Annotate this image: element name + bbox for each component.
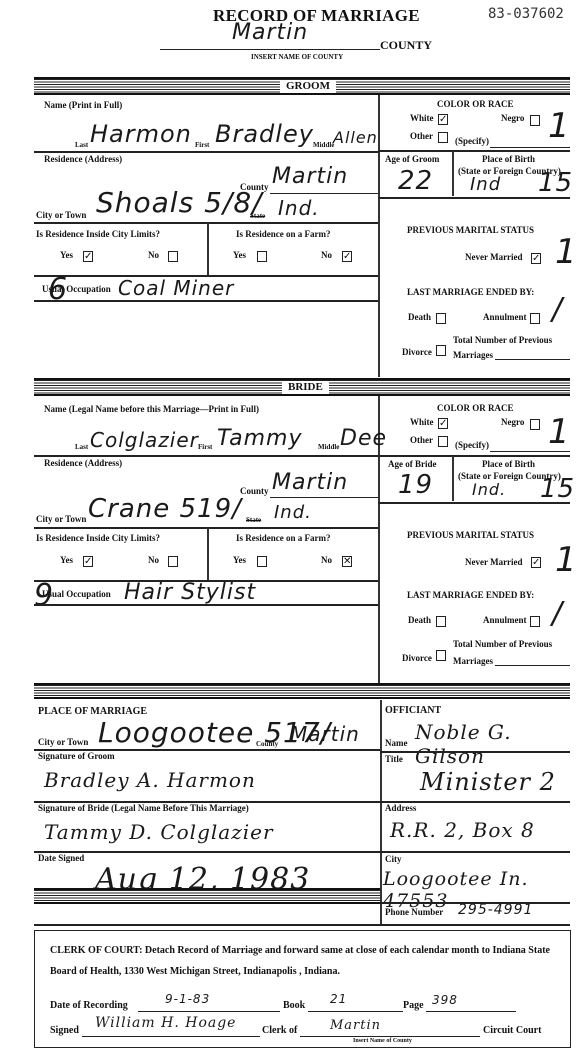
clerk-county[interactable]: Martin (330, 1018, 381, 1033)
groom-first-name[interactable]: Bradley (215, 120, 314, 148)
bride-last-name[interactable]: Colglazier (90, 428, 199, 452)
bride-state[interactable]: Ind. (274, 502, 312, 523)
bride-negro-checkbox[interactable] (530, 419, 540, 430)
groom-county[interactable]: Martin (272, 164, 348, 189)
groom-name-label: Name (Print in Full) (44, 100, 122, 110)
groom-farm-no-checkbox[interactable]: ✓ (342, 251, 352, 262)
place-county[interactable]: Martin (290, 722, 360, 746)
bride-occupation-code: 9 (34, 578, 54, 613)
bride-city-limits-no-checkbox[interactable] (168, 556, 178, 567)
officiant-name[interactable]: Noble G. Gilson (415, 720, 587, 768)
groom-state[interactable]: Ind. (278, 196, 320, 220)
officiant-phone[interactable]: 295-4991 (458, 902, 533, 918)
bride-annulment-checkbox[interactable] (530, 616, 540, 627)
groom-age[interactable]: 22 (398, 166, 433, 196)
bride-birthplace[interactable]: Ind. (472, 480, 506, 499)
groom-city[interactable]: Shoals 5/8/ (96, 186, 263, 219)
bride-death-checkbox[interactable] (436, 616, 446, 627)
book-number[interactable]: 21 (330, 992, 347, 1006)
clerk-signature[interactable]: William H. Hoage (95, 1015, 236, 1031)
groom-birthplace-code: 15 (538, 168, 573, 198)
groom-marital-code: 1 (555, 232, 578, 272)
bride-farm-no-checkbox[interactable]: ✕ (342, 556, 352, 567)
bride-ended-code: / (552, 596, 563, 631)
bride-occupation[interactable]: Hair Stylist (124, 580, 256, 605)
bride-section-label: BRIDE (282, 381, 329, 394)
bride-signature[interactable]: Tammy D. Colglazier (44, 820, 274, 844)
bride-other-checkbox[interactable] (438, 436, 448, 447)
groom-negro-checkbox[interactable] (530, 115, 540, 126)
groom-middle-name[interactable]: Allen (333, 128, 378, 147)
record-number: 83-037602 (488, 6, 564, 22)
bride-middle-name[interactable]: Dee (340, 426, 387, 451)
groom-divorce-checkbox[interactable] (436, 345, 446, 356)
groom-signature[interactable]: Bradley A. Harmon (44, 768, 256, 792)
groom-section-label: GROOM (280, 80, 336, 93)
groom-occupation[interactable]: Coal Miner (118, 276, 234, 300)
groom-last-name[interactable]: Harmon (90, 120, 192, 148)
bride-county[interactable]: Martin (272, 470, 348, 495)
county-value[interactable]: Martin (232, 20, 308, 45)
bride-never-married-checkbox[interactable]: ✓ (531, 557, 541, 568)
groom-farm-yes-checkbox[interactable] (257, 251, 267, 262)
bride-section-band: BRIDE (34, 378, 570, 396)
groom-annulment-checkbox[interactable] (530, 313, 540, 324)
bride-birthplace-code: 15 (540, 474, 575, 504)
groom-birthplace[interactable]: Ind (470, 174, 501, 195)
groom-ended-code: / (552, 292, 563, 327)
groom-section-band: GROOM (34, 77, 570, 95)
groom-other-checkbox[interactable] (438, 132, 448, 143)
bride-white-checkbox[interactable]: ✓ (438, 418, 448, 429)
place-section-band (34, 683, 570, 699)
bride-age[interactable]: 19 (398, 470, 433, 500)
groom-white-checkbox[interactable]: ✓ (438, 114, 448, 125)
groom-race-code: 1 (548, 106, 571, 146)
bride-first-name[interactable]: Tammy (217, 426, 303, 451)
bride-city[interactable]: Crane 519/ (88, 494, 242, 524)
page-number[interactable]: 398 (432, 993, 458, 1007)
bride-race-code: 1 (548, 412, 571, 452)
groom-death-checkbox[interactable] (436, 313, 446, 324)
bride-farm-yes-checkbox[interactable] (257, 556, 267, 567)
bride-marital-code: 1 (555, 540, 578, 580)
officiant-address[interactable]: R.R. 2, Box 8 (390, 818, 535, 842)
officiant-title[interactable]: Minister 2 (420, 768, 556, 796)
county-label: COUNTY (380, 38, 432, 53)
recording-date[interactable]: 9-1-83 (165, 992, 210, 1006)
bride-city-limits-yes-checkbox[interactable]: ✓ (83, 556, 93, 567)
bride-divorce-checkbox[interactable] (436, 650, 446, 661)
county-hint: INSERT NAME OF COUNTY (251, 53, 343, 61)
groom-never-married-checkbox[interactable]: ✓ (531, 253, 541, 264)
clerk-instructions: CLERK OF COURT: Detach Record of Marriag… (50, 940, 555, 982)
groom-city-limits-yes-checkbox[interactable]: ✓ (83, 251, 93, 262)
groom-city-limits-no-checkbox[interactable] (168, 251, 178, 262)
